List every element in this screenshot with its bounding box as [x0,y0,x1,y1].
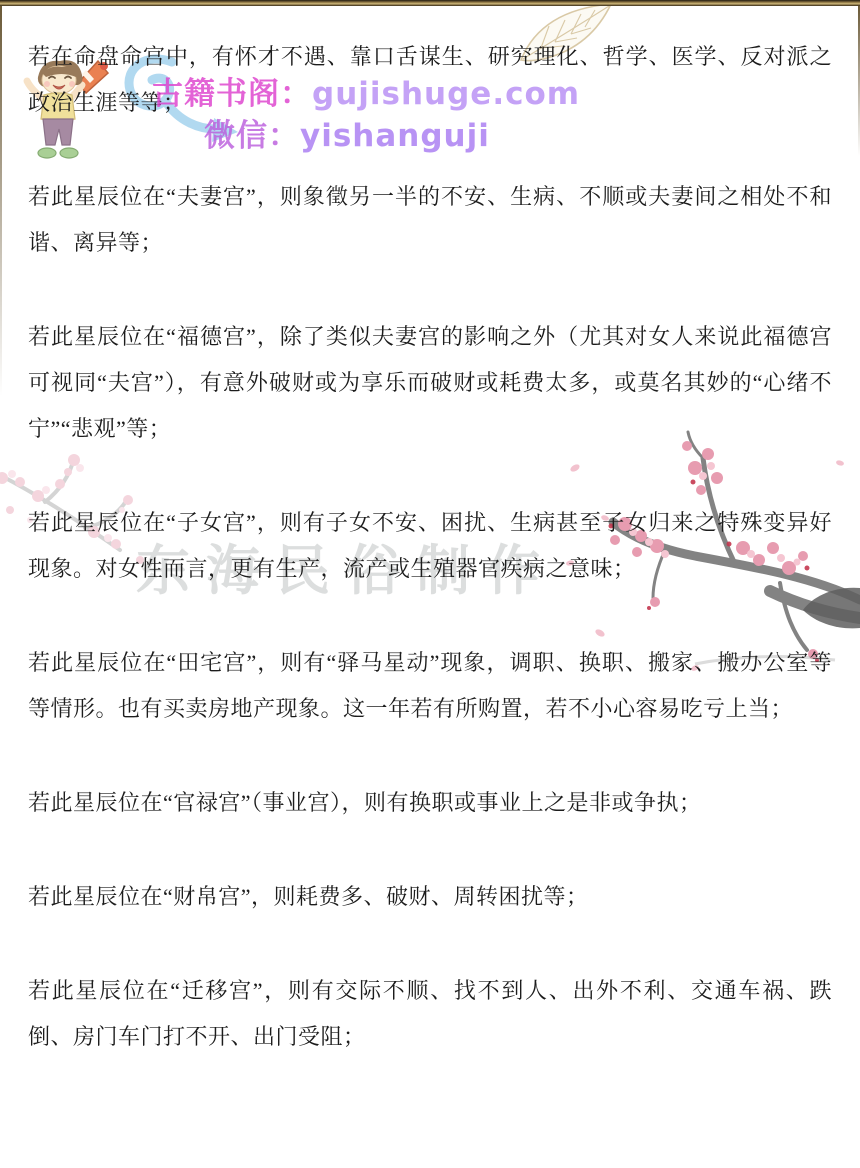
page-top-border [0,0,860,6]
paragraph-tianzhai-gong: 若此星辰位在“田宅宫”，则有“驿马星动”现象，调职、换职、搬家、搬办公室等等情形… [28,640,832,732]
paragraph-qianyi-gong: 若此星辰位在“迁移宫”，则有交际不顺、找不到人、出外不利、交通车祸、跌倒、房门车… [28,968,832,1060]
paragraph-zinv-gong: 若此星辰位在“子女宫”，则有子女不安、困扰、生病甚至子女归来之特殊变异好现象。对… [28,500,832,592]
paragraph-fude-gong: 若此星辰位在“福德宫”，除了类似夫妻宫的影响之外（尤其对女人来说此福德宫可视同“… [28,314,832,452]
document-body: 若在命盘命宫中，有怀才不遇、靠口舌谋生、研究理化、哲学、医学、反对派之政治生涯等… [0,34,860,1108]
page-left-border [0,6,2,396]
promo-watermark-line2: 微信：yishanguji [204,110,490,155]
paragraph-guanlu-gong: 若此星辰位在“官禄宫”（事业宫），则有换职或事业上之是非或争执； [28,780,832,826]
promo-wechat-id: yishanguji [300,118,490,154]
promo-watermark-line1: 古籍书阁：gujishuge.com [152,68,580,113]
paragraph-caibo-gong: 若此星辰位在“财帛宫”，则耗费多、破财、周转困扰等； [28,874,832,920]
promo-site-label: 古籍书阁： [152,76,312,112]
paragraph-fuqi-gong: 若此星辰位在“夫妻宫”，则象徵另一半的不安、生病、不顺或夫妻间之相处不和谐、离异… [28,174,832,266]
promo-site-url: gujishuge.com [312,76,580,112]
promo-wechat-label: 微信： [204,118,300,154]
